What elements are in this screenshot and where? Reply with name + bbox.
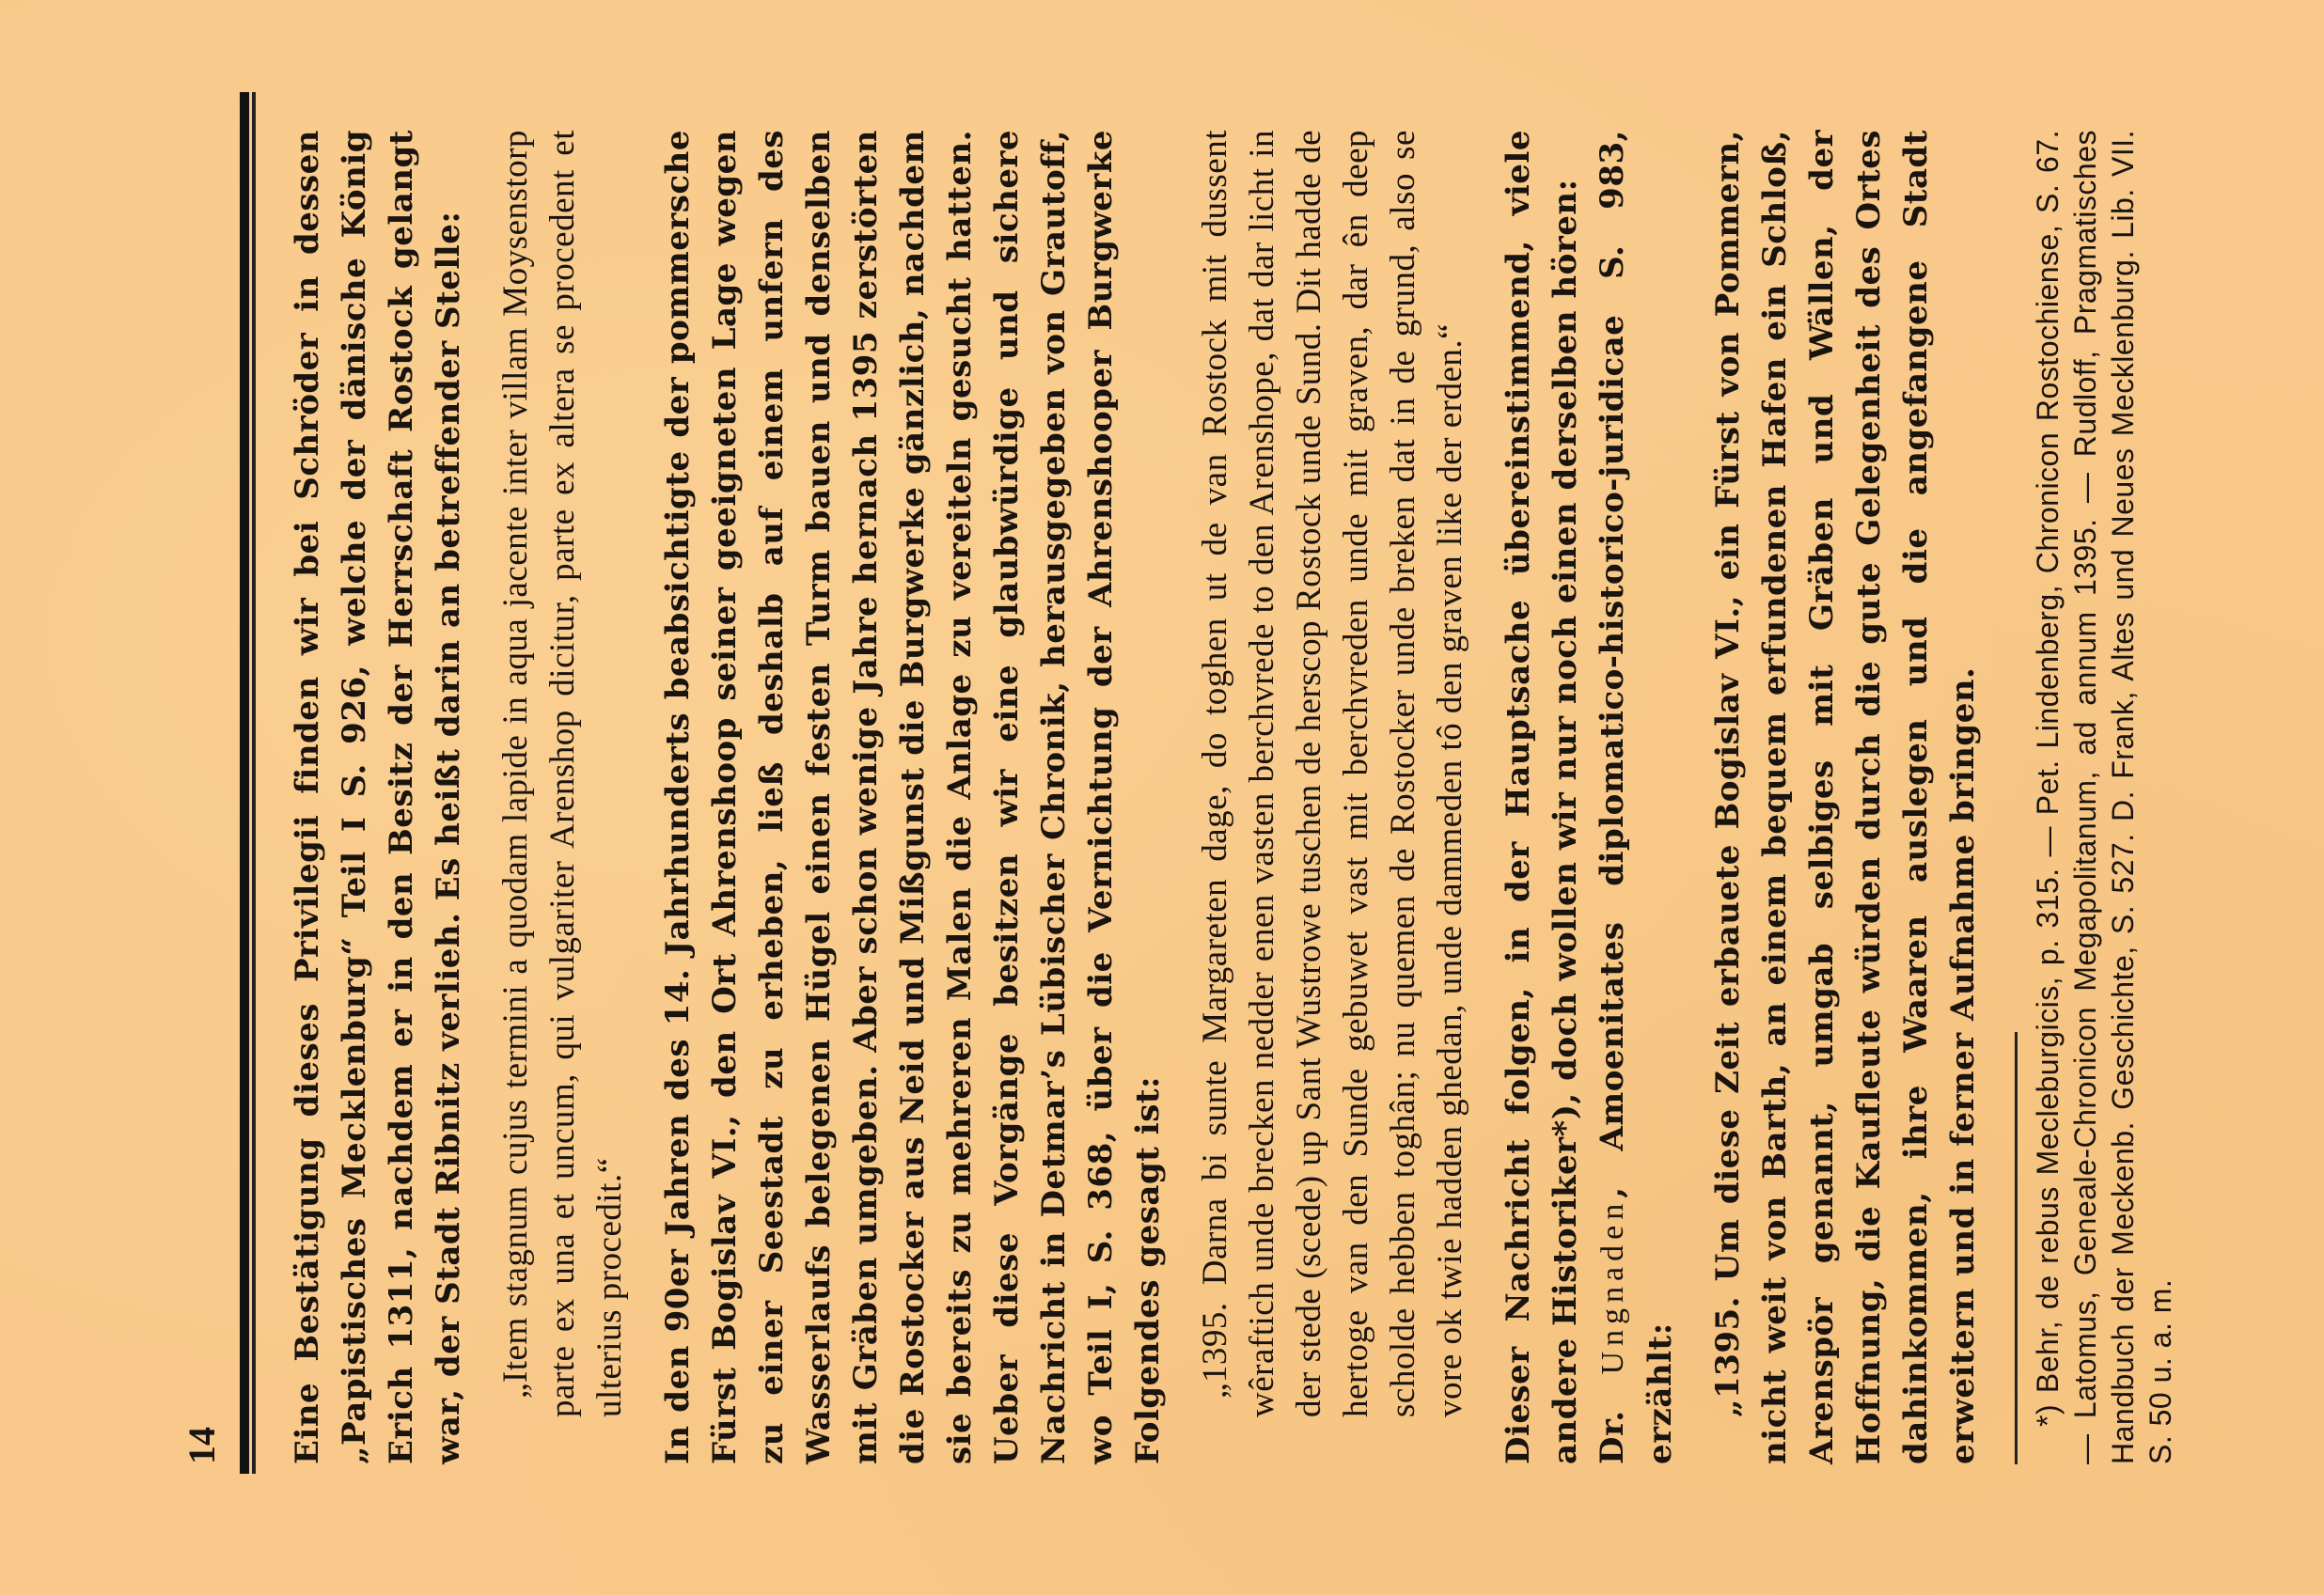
ungnaden-prefix: Dr.: [1594, 1410, 1631, 1464]
footnote-marker: *): [2031, 1404, 2065, 1427]
page-number: 14: [180, 1427, 224, 1464]
paragraph-historians: Dieser Nachricht folgen, in der Hauptsac…: [1495, 130, 1589, 1464]
paragraph-ungnaden: Dr. Ungnaden, Amoenitates diplomatico-hi…: [1589, 130, 1684, 1464]
paragraph-arenspoer-quote: „1395. Um diese Zeit erbauete Bogislav V…: [1704, 130, 1986, 1464]
footnote-rule: [2015, 1032, 2018, 1464]
scanned-page: 14 Eine Bestätigung dieses Privilegii fi…: [0, 0, 2324, 1595]
ungnaden-author: Ungnaden: [1595, 1198, 1630, 1375]
page-body: Eine Bestätigung dieses Privilegii finde…: [284, 130, 2179, 1464]
footnote: *) Behr, de rebus Mecleburgicis, p. 315.…: [2029, 130, 2179, 1464]
paragraph-bogislav: In den 90er Jahren des 14. Jahrhunderts …: [654, 130, 1171, 1464]
footnote-text: Behr, de rebus Mecleburgicis, p. 315. — …: [2031, 130, 2177, 1464]
header-rule: [240, 92, 252, 1474]
lowgerman-quotation: „1395. Darna bi sunte Margareten dage, d…: [1192, 130, 1474, 1464]
paragraph-confirmation: Eine Bestätigung dieses Privilegii finde…: [284, 130, 472, 1464]
page-header: 14: [180, 130, 236, 1464]
latin-quotation: „Item stagnum cujus termini a quodam lap…: [493, 130, 634, 1464]
page-content-rotated: 14 Eine Bestätigung dieses Privilegii fi…: [161, 64, 2163, 1530]
